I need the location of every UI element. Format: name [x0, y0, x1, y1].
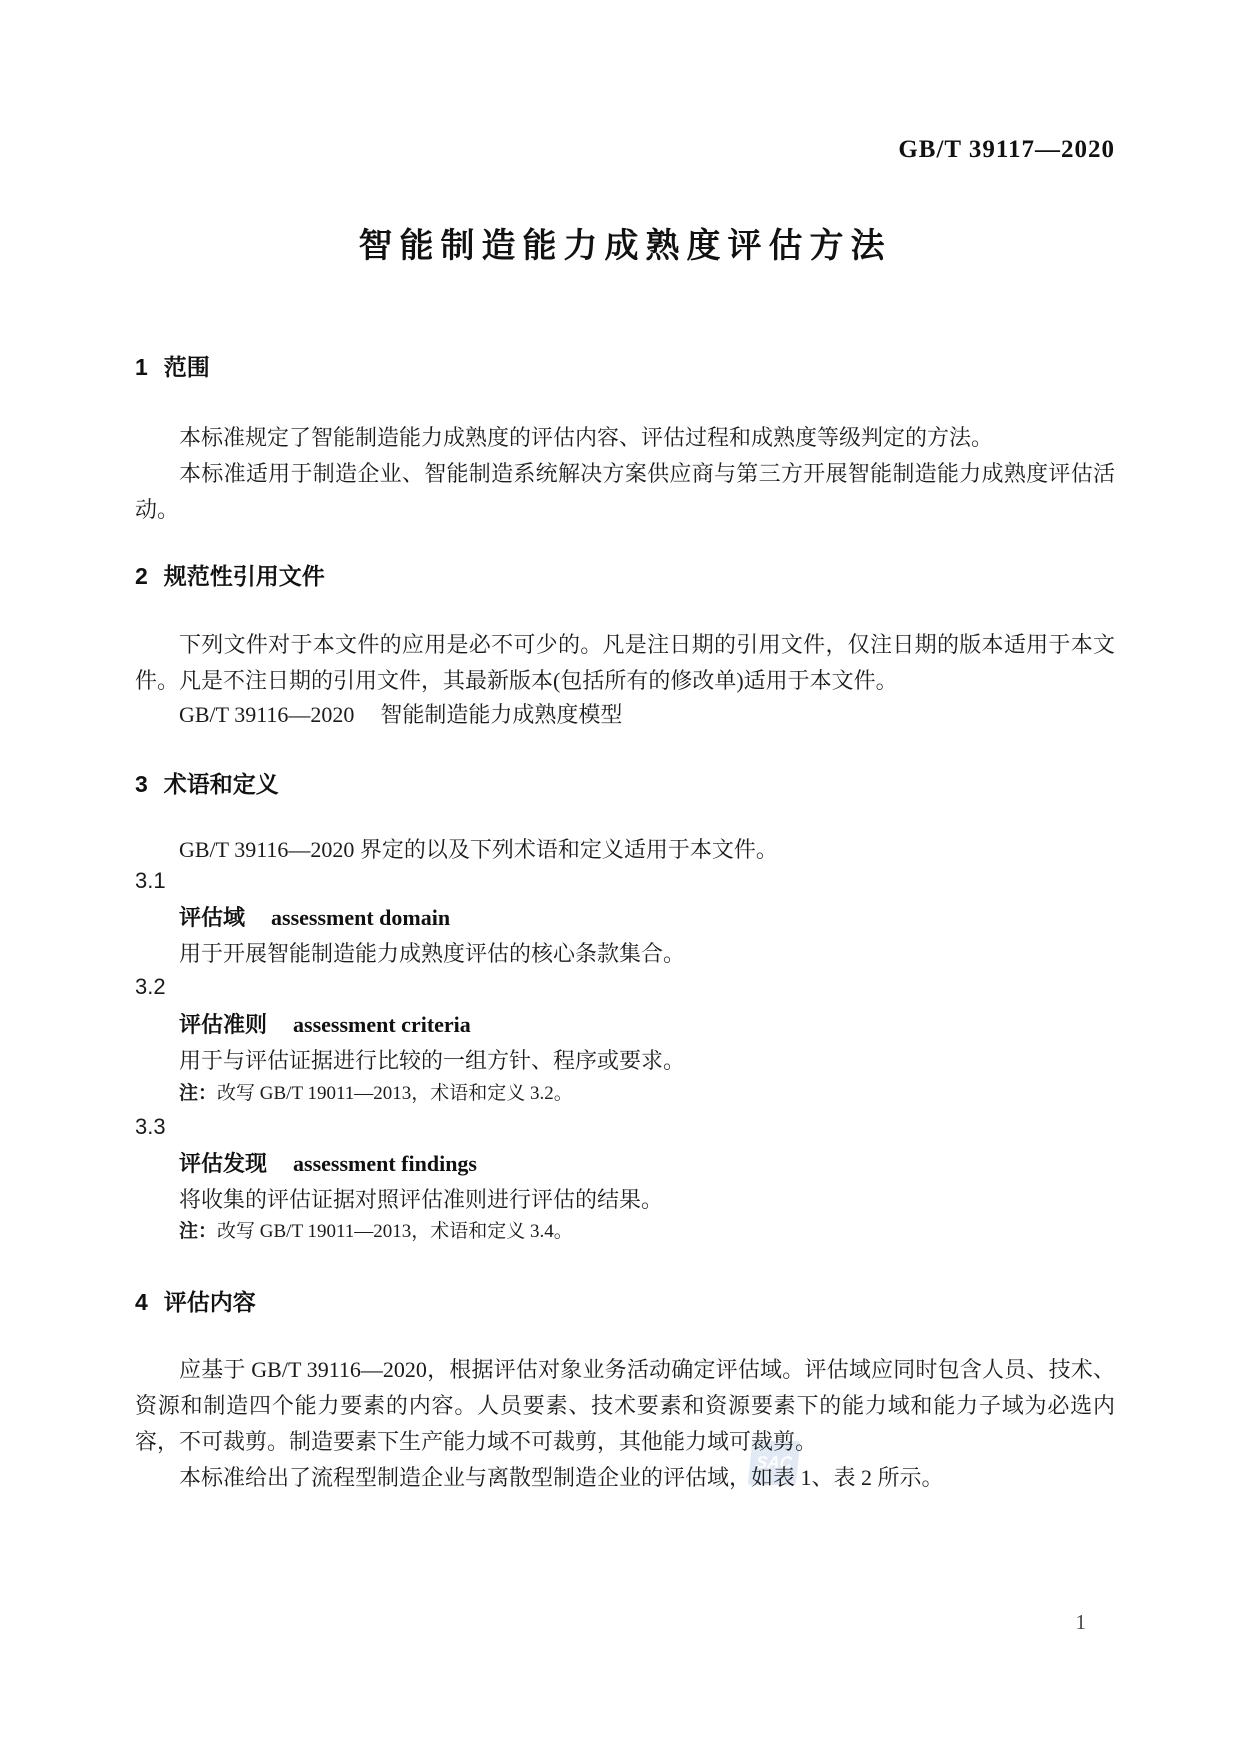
section-4-heading: 4评估内容: [135, 1287, 256, 1317]
term-3-3-number: 3.3: [135, 1112, 166, 1142]
reference-title: 智能制造能力成熟度模型: [380, 702, 622, 727]
term-3-2-note: 注：改写 GB/T 19011—2013，术语和定义 3.2。: [179, 1081, 1115, 1107]
term-3-1-title: 评估域assessment domain: [179, 903, 450, 933]
section-1-number: 1: [135, 354, 148, 380]
term-3-3-definition: 将收集的评估证据对照评估准则进行评估的结果。: [179, 1185, 1115, 1215]
normative-reference-entry: GB/T 39116—2020智能制造能力成熟度模型: [179, 697, 1115, 733]
term-3-3-note-label: 注：: [179, 1221, 217, 1242]
term-3-3-title: 评估发现assessment findings: [179, 1149, 477, 1179]
document-title: 智能制造能力成熟度评估方法: [135, 218, 1115, 267]
section-2-paragraph-1: 下列文件对于本文件的应用是必不可少的。凡是注日期的引用文件，仅注日期的版本适用于…: [135, 627, 1115, 699]
term-3-2-english: assessment criteria: [293, 1012, 471, 1037]
standard-code-header: GB/T 39117—2020: [898, 136, 1115, 164]
term-3-1-number: 3.1: [135, 866, 166, 896]
section-1-paragraph-1: 本标准规定了智能制造能力成熟度的评估内容、评估过程和成熟度等级判定的方法。: [135, 420, 1115, 456]
section-3-label: 术语和定义: [164, 771, 279, 797]
section-2-number: 2: [135, 563, 148, 589]
term-3-2-note-text: 改写 GB/T 19011—2013，术语和定义 3.2。: [217, 1083, 573, 1104]
section-4-paragraph-2: 本标准给出了流程型制造企业与离散型制造企业的评估域，如表 1、表 2 所示。: [135, 1460, 1115, 1496]
section-1-label: 范围: [164, 354, 210, 380]
term-3-3-note-text: 改写 GB/T 19011—2013，术语和定义 3.4。: [217, 1221, 573, 1242]
reference-code: GB/T 39116—2020: [179, 702, 354, 727]
document-page: SAC GB/T 39117—2020 智能制造能力成熟度评估方法 1范围 本标…: [0, 0, 1241, 1754]
term-3-1-definition: 用于开展智能制造能力成熟度评估的核心条款集合。: [179, 939, 1115, 969]
section-1-paragraph-2: 本标准适用于制造企业、智能制造系统解决方案供应商与第三方开展智能制造能力成熟度评…: [135, 456, 1115, 528]
term-3-2-chinese: 评估准则: [179, 1012, 267, 1037]
section-3-number: 3: [135, 771, 148, 797]
term-3-1-chinese: 评估域: [179, 905, 245, 930]
term-3-3-note: 注：改写 GB/T 19011—2013，术语和定义 3.4。: [179, 1219, 1115, 1245]
page-number: 1: [1046, 1610, 1086, 1635]
section-3-intro: GB/T 39116—2020 界定的以及下列术语和定义适用于本文件。: [135, 832, 1115, 868]
section-2-label: 规范性引用文件: [164, 563, 325, 589]
term-3-2-note-label: 注：: [179, 1083, 217, 1104]
term-3-3-english: assessment findings: [293, 1151, 477, 1176]
term-3-2-title: 评估准则assessment criteria: [179, 1010, 471, 1040]
section-1-heading: 1范围: [135, 352, 210, 382]
term-3-3-chinese: 评估发现: [179, 1151, 267, 1176]
section-2-heading: 2规范性引用文件: [135, 561, 325, 591]
term-3-2-definition: 用于与评估证据进行比较的一组方针、程序或要求。: [179, 1046, 1115, 1076]
section-3-heading: 3术语和定义: [135, 769, 279, 799]
term-3-1-english: assessment domain: [271, 905, 450, 930]
section-4-paragraph-1: 应基于 GB/T 39116—2020，根据评估对象业务活动确定评估域。评估域应…: [135, 1352, 1115, 1460]
term-3-2-number: 3.2: [135, 972, 166, 1002]
section-4-label: 评估内容: [164, 1289, 256, 1315]
section-4-number: 4: [135, 1289, 148, 1315]
